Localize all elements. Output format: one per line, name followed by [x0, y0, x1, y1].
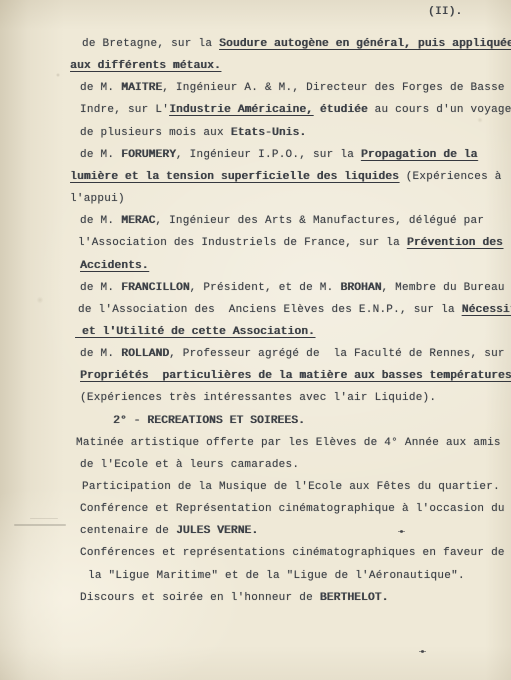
text-line: l'appui)	[70, 193, 125, 205]
ink-speck	[400, 530, 403, 533]
text-segment: MERAC	[121, 215, 155, 227]
text-segment: , Ingénieur I.P.O., sur la	[176, 149, 361, 161]
text-segment: de M.	[80, 215, 121, 227]
text-segment: étudiée	[313, 104, 368, 116]
text-segment: Participation de la Musique de l'Ecole a…	[82, 481, 500, 493]
text-line: lumière et la tension superficielle des …	[70, 171, 502, 183]
text-line: de l'Association des Anciens Elèves des …	[78, 304, 511, 316]
text-line: Conférence et Représentation cinématogra…	[80, 503, 505, 515]
text-segment: Conférence et Représentation cinématogra…	[80, 503, 505, 515]
text-segment: RECREATIONS ET SOIREES.	[147, 415, 305, 427]
text-segment: Accidents.	[80, 260, 149, 272]
pencil-mark	[14, 524, 66, 526]
text-segment: FRANCILLON	[121, 282, 190, 294]
text-segment: BROHAN	[340, 282, 381, 294]
document-page: (II). de Bretagne, sur la Soudure autogè…	[0, 0, 511, 680]
text-line: de M. MERAC, Ingénieur des Arts & Manufa…	[80, 215, 484, 227]
text-segment: Discours et soirée en l'honneur de	[80, 592, 320, 604]
text-segment: JULES VERNE.	[176, 525, 258, 537]
ink-speck	[421, 650, 424, 653]
text-segment: et l'Utilité de cette Association.	[75, 326, 315, 338]
text-line: Discours et soirée en l'honneur de BERTH…	[80, 592, 388, 604]
text-segment: de l'Association des Anciens Elèves des …	[78, 304, 462, 316]
text-segment: , Président, et de M.	[190, 282, 341, 294]
text-segment: aux différents métaux.	[70, 60, 221, 72]
text-line: Accidents.	[80, 260, 149, 272]
text-line: de M. FRANCILLON, Président, et de M. BR…	[80, 282, 505, 294]
text-segment: Propriétés particulières de la matière a…	[80, 370, 511, 382]
pencil-mark	[30, 518, 58, 519]
text-segment: Nécessité	[462, 304, 511, 316]
text-line: l'Association des Industriels de France,…	[78, 237, 503, 249]
text-segment: de plusieurs mois aux	[80, 127, 231, 139]
text-line: 2° - RECREATIONS ET SOIREES.	[113, 415, 305, 427]
text-segment: Indre, sur L'	[80, 104, 169, 116]
text-segment: au cours d'un voyage	[368, 104, 511, 116]
text-segment: Matinée artistique offerte par les Elève…	[76, 437, 501, 449]
text-segment: FORUMERY	[121, 149, 176, 161]
text-segment: de Bretagne, sur la	[82, 38, 219, 50]
text-line: Matinée artistique offerte par les Elève…	[76, 437, 501, 449]
text-segment: Prévention des	[407, 237, 503, 249]
text-segment: de M.	[80, 149, 121, 161]
text-line: aux différents métaux.	[70, 60, 221, 72]
text-segment: BERTHELOT.	[320, 592, 389, 604]
text-line: de M. FORUMERY, Ingénieur I.P.O., sur la…	[80, 149, 477, 161]
text-segment: (Expériences à	[399, 171, 502, 183]
text-segment: l'appui)	[70, 193, 125, 205]
text-segment: ROLLAND	[121, 348, 169, 360]
text-line: Indre, sur L'Industrie Américaine, étudi…	[80, 104, 511, 116]
text-line: (Expériences très intéressantes avec l'a…	[80, 392, 436, 404]
text-segment: (Expériences très intéressantes avec l'a…	[80, 392, 436, 404]
text-segment: , Membre du Bureau	[381, 282, 504, 294]
text-segment: , Ingénieur des Arts & Manufactures, dél…	[155, 215, 484, 227]
text-segment: centenaire de	[80, 525, 176, 537]
text-line: de M. ROLLAND, Professeur agrégé de la F…	[80, 348, 511, 360]
text-line: Propriétés particulières de la matière a…	[80, 370, 511, 382]
text-segment: Soudure autogène en général, puis appliq…	[219, 38, 511, 50]
text-segment: l'Association des Industriels de France,…	[78, 237, 407, 249]
text-line: de plusieurs mois aux Etats-Unis.	[80, 127, 306, 139]
text-segment: Etats-Unis.	[231, 127, 306, 139]
text-line: et l'Utilité de cette Association.	[75, 326, 315, 338]
text-line: Conférences et représentations cinématog…	[80, 547, 505, 559]
text-segment: Conférences et représentations cinématog…	[80, 547, 505, 559]
page-number: (II).	[428, 6, 462, 18]
text-segment: , Ingénieur A. & M., Directeur des Forge…	[162, 82, 511, 94]
text-line: Participation de la Musique de l'Ecole a…	[82, 481, 500, 493]
text-segment: de M.	[80, 348, 121, 360]
text-segment: 2° -	[113, 415, 147, 427]
text-line: de Bretagne, sur la Soudure autogène en …	[82, 38, 511, 50]
text-line: de M. MAITRE, Ingénieur A. & M., Directe…	[80, 82, 511, 94]
text-segment: Industrie Américaine,	[169, 104, 313, 116]
text-segment: la "Ligue Maritime" et de la "Ligue de l…	[88, 570, 465, 582]
text-segment: , Professeur agrégé de la Faculté de Ren…	[169, 348, 511, 360]
text-segment: lumière et la tension superficielle des …	[70, 171, 399, 183]
text-segment: de M.	[80, 82, 121, 94]
text-segment: de l'Ecole et à leurs camarades.	[80, 459, 299, 471]
text-segment: de M.	[80, 282, 121, 294]
text-line: la "Ligue Maritime" et de la "Ligue de l…	[88, 570, 465, 582]
text-segment: Propagation de la	[361, 149, 477, 161]
text-line: de l'Ecole et à leurs camarades.	[80, 459, 299, 471]
text-segment: MAITRE	[121, 82, 162, 94]
text-line: centenaire de JULES VERNE.	[80, 525, 258, 537]
